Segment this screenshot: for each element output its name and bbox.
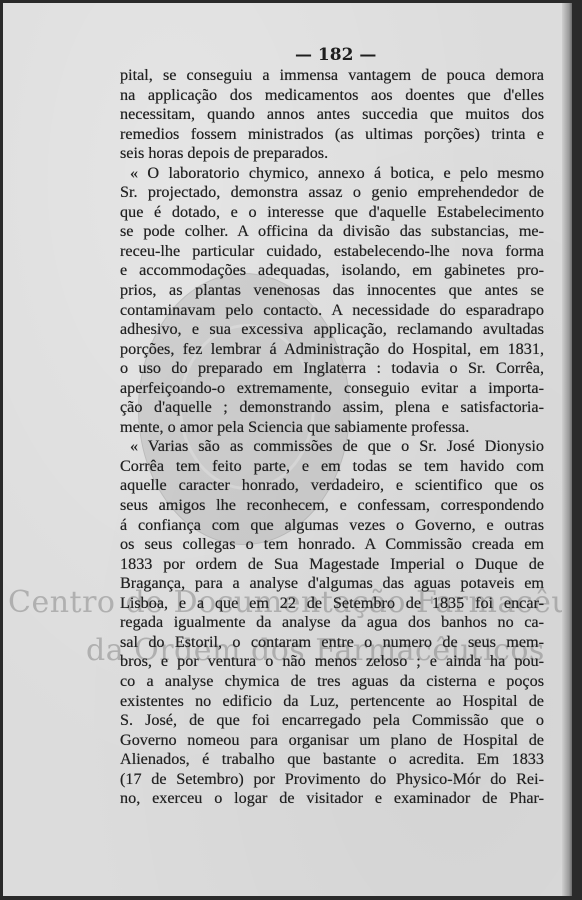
text-line: porções, fez lembrar á Administração do …	[120, 340, 544, 360]
text-line: 1833 por ordem de Sua Magestade Imperial…	[120, 555, 544, 575]
text-line: na applicação dos medicamentos aos doent…	[120, 86, 544, 106]
paragraph-start-line: « O laboratorio chymico, annexo á botica…	[120, 164, 544, 184]
text-line: bros, e por ventura o não menos zeloso ;…	[120, 652, 544, 672]
text-line: adhesivo, e sua excessiva applicação, re…	[120, 320, 544, 340]
text-line: remedios fossem ministrados (as ultimas …	[120, 125, 544, 145]
text-line: aquelle caracter honrado, verdadeiro, e …	[120, 476, 544, 496]
text-line: e accommodações adequadas, isolando, em …	[120, 261, 544, 281]
text-line: os seus collegas o tem honrado. A Commis…	[120, 535, 544, 555]
text-line: existentes no edificio da Luz, pertencen…	[120, 692, 544, 712]
page-right-edge	[562, 3, 572, 896]
text-line: regada igualmente da analyse da agua dos…	[120, 613, 544, 633]
text-line: ção d'aquelle ; demonstrando assim, plen…	[120, 398, 544, 418]
text-line: (17 de Setembro) por Provimento do Physi…	[120, 770, 544, 790]
paragraph-start-line: « Varias são as commissões de que o Sr. …	[120, 437, 544, 457]
text-line: co a analyse chymica de tres aguas da ci…	[120, 672, 544, 692]
text-line: sal do Estoril, o contaram entre o numer…	[120, 633, 544, 653]
body-text: pital, se conseguiu a immensa vantagem d…	[120, 66, 544, 809]
text-line: no, exerceu o logar de visitador e exami…	[120, 789, 544, 809]
scanned-page: Centro de Documentação Farmacêutica da O…	[3, 3, 572, 896]
text-line: Sr. projectado, demonstra assaz o genio …	[120, 183, 544, 203]
text-line: á confiança com que algumas vezes o Gove…	[120, 516, 544, 536]
text-line: receu-lhe particular cuidado, estabelece…	[120, 242, 544, 262]
text-line: prios, as plantas venenosas das innocent…	[120, 281, 544, 301]
page-number: — 182 —	[295, 45, 376, 65]
text-line: Corrêa tem feito parte, e em todas se te…	[120, 457, 544, 477]
text-line: mente, o amor pela Sciencia que sabiamen…	[120, 418, 544, 438]
text-line: necessitam, quando annos antes succedia …	[120, 105, 544, 125]
text-line: contaminavam pelo contacto. A necessidad…	[120, 301, 544, 321]
text-line: seis horas depois de preparados.	[120, 144, 544, 164]
text-line: Lisboa, e a que em 22 de Setembro de 183…	[120, 594, 544, 614]
text-line: o uso do preparado em Inglaterra : todav…	[120, 359, 544, 379]
text-line: se pode colher. A officina da divisão da…	[120, 222, 544, 242]
text-line: Governo nomeou para organisar um plano d…	[120, 731, 544, 751]
text-line: pital, se conseguiu a immensa vantagem d…	[120, 66, 544, 86]
text-line: que é dotado, e o interesse que d'aquell…	[120, 203, 544, 223]
text-line: seus amigos lhe reconhecem, e confessam,…	[120, 496, 544, 516]
text-line: aperfeiçoando-o extremamente, conseguio …	[120, 379, 544, 399]
text-line: Bragança, para a analyse d'algumas das a…	[120, 574, 544, 594]
text-line: S. José, de que foi encarregado pela Com…	[120, 711, 544, 731]
text-line: Alienados, é trabalho que bastante o acr…	[120, 750, 544, 770]
